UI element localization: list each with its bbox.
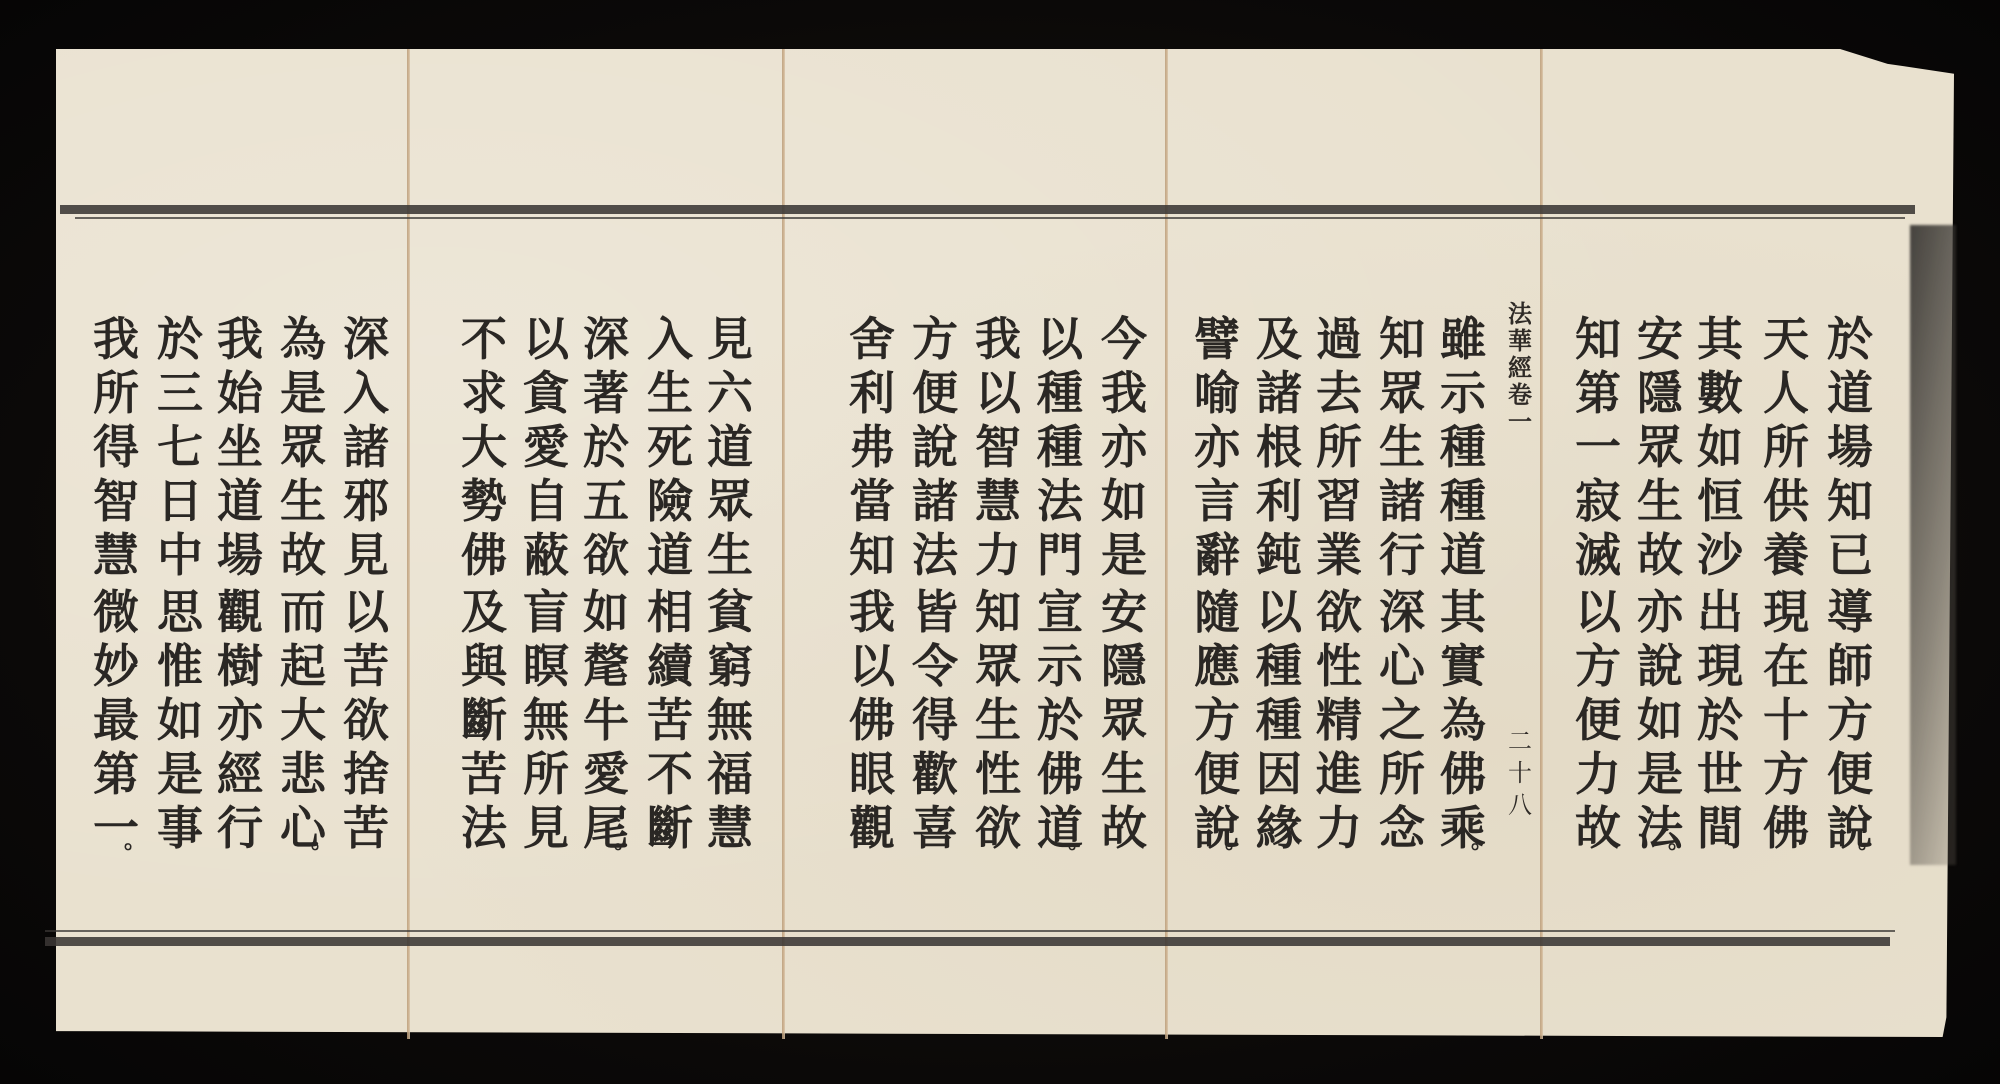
glyph: 貧 (707, 585, 753, 639)
glyph: 生 (975, 693, 1021, 747)
glyph: 佛 (1037, 747, 1083, 801)
text-column-lower: 安隱眾生故 (1094, 585, 1154, 855)
glyph: 方 (1763, 747, 1809, 801)
glyph: 第 (93, 747, 139, 801)
glyph: 眾 (707, 474, 753, 528)
text-column-lower: 我以佛眼觀 (842, 585, 902, 855)
glyph: 欲 (343, 693, 389, 747)
glyph: 第 (1575, 366, 1621, 420)
glyph: 蔽 (523, 528, 569, 582)
text-column-upper: 過去所習業 (1309, 312, 1369, 582)
glyph: 慧 (707, 801, 753, 855)
glyph: 鈍 (1256, 528, 1302, 582)
margin-title-char: 法 (1508, 300, 1532, 327)
text-column-upper: 及諸根利鈍 (1249, 312, 1309, 582)
glyph: 行 (1379, 528, 1425, 582)
glyph: 習 (1316, 474, 1362, 528)
glyph: 弗 (849, 420, 895, 474)
glyph: 邪 (343, 474, 389, 528)
glyph: 眾 (1637, 420, 1683, 474)
glyph: 種 (1256, 639, 1302, 693)
fold-crease (407, 49, 410, 1039)
glyph: 過 (1316, 312, 1362, 366)
text-column-lower: 及與斷苦法 (454, 585, 514, 855)
margin-title: 法華經卷一 (1503, 300, 1537, 435)
glyph: 以 (975, 366, 1021, 420)
glyph: 妙 (93, 639, 139, 693)
glyph: 天 (1763, 312, 1809, 366)
glyph: 智 (975, 420, 1021, 474)
glyph: 大 (280, 693, 326, 747)
glyph: 根 (1256, 420, 1302, 474)
glyph: 其 (1697, 312, 1743, 366)
glyph: 是 (1101, 528, 1147, 582)
glyph: 佛 (1440, 747, 1486, 801)
text-column-lower: 貧窮無福慧 (700, 585, 760, 855)
text-column-lower: 導師方便說。 (1820, 585, 1880, 841)
glyph: 念 (1379, 801, 1425, 855)
glyph: 中 (157, 528, 203, 582)
text-column-upper: 方便說諸法 (905, 312, 965, 582)
glyph: 慧 (93, 528, 139, 582)
text-column-upper: 深入諸邪見 (336, 312, 396, 582)
glyph: 知 (975, 585, 1021, 639)
glyph: 歡 (912, 747, 958, 801)
glyph: 示 (1440, 366, 1486, 420)
text-column-lower: 知眾生性欲 (968, 585, 1028, 855)
glyph: 業 (1316, 528, 1362, 582)
glyph: 以 (849, 639, 895, 693)
text-column-upper: 深著於五欲 (576, 312, 636, 582)
glyph: 盲 (523, 585, 569, 639)
glyph: 於 (157, 312, 203, 366)
glyph: 寂 (1575, 474, 1621, 528)
text-column-upper: 見六道眾生 (700, 312, 760, 582)
glyph: 眼 (849, 747, 895, 801)
glyph: 導 (1827, 585, 1873, 639)
glyph: 見 (707, 312, 753, 366)
glyph: 欲 (583, 528, 629, 582)
glyph: 最 (93, 693, 139, 747)
glyph: 因 (1256, 747, 1302, 801)
bottom-border-rule-thin (45, 930, 1895, 932)
glyph: 便 (912, 366, 958, 420)
glyph: 人 (1763, 366, 1809, 420)
glyph: 場 (217, 528, 263, 582)
glyph: 力 (1316, 801, 1362, 855)
glyph: 不 (647, 747, 693, 801)
glyph: 是 (1637, 747, 1683, 801)
glyph: 法 (1037, 474, 1083, 528)
text-column-upper: 於道場知已 (1820, 312, 1880, 582)
page-number-char: 八 (1508, 789, 1532, 821)
glyph: 現 (1763, 585, 1809, 639)
fold-crease (782, 49, 785, 1039)
glyph: 生 (647, 366, 693, 420)
glyph: 種 (1037, 366, 1083, 420)
glyph: 故 (1101, 801, 1147, 855)
glyph: 舍 (849, 312, 895, 366)
text-column-upper: 我以智慧力 (968, 312, 1028, 582)
glyph: 示 (1037, 639, 1083, 693)
glyph: 事 (157, 801, 203, 855)
text-column-upper: 其數如恒沙 (1690, 312, 1750, 582)
glyph: 種 (1037, 420, 1083, 474)
text-column-upper: 不求大勢佛 (454, 312, 514, 582)
glyph: 智 (93, 474, 139, 528)
glyph: 思 (157, 585, 203, 639)
glyph: 所 (1763, 420, 1809, 474)
text-column-lower: 隨應方便說。 (1187, 585, 1247, 841)
glyph: 種 (1440, 420, 1486, 474)
glyph: 見 (523, 801, 569, 855)
text-column-upper: 入生死險道 (640, 312, 700, 582)
glyph: 我 (217, 312, 263, 366)
text-column-upper: 雖示種種道 (1433, 312, 1493, 582)
glyph: 數 (1697, 366, 1743, 420)
glyph: 今 (1101, 312, 1147, 366)
glyph: 力 (1575, 747, 1621, 801)
glyph: 欲 (1316, 585, 1362, 639)
glyph: 七 (157, 420, 203, 474)
glyph: 觀 (849, 801, 895, 855)
glyph: 種 (1440, 474, 1486, 528)
text-column-lower: 以苦欲捨苦 (336, 585, 396, 855)
glyph: 勢 (461, 474, 507, 528)
glyph: 譬 (1194, 312, 1240, 366)
glyph: 以 (1256, 585, 1302, 639)
glyph: 心 (1379, 639, 1425, 693)
glyph: 出 (1697, 585, 1743, 639)
glyph: 慧 (975, 474, 1021, 528)
glyph: 佛 (1763, 801, 1809, 855)
glyph: 著 (583, 366, 629, 420)
text-column-lower: 亦說如是法。 (1630, 585, 1690, 841)
glyph: 門 (1037, 528, 1083, 582)
glyph: 利 (849, 366, 895, 420)
glyph: 為 (280, 312, 326, 366)
text-column-lower: 微妙最第一。 (86, 585, 146, 841)
glyph: 養 (1763, 528, 1809, 582)
glyph: 深 (583, 312, 629, 366)
glyph: 苦 (647, 693, 693, 747)
glyph: 供 (1763, 474, 1809, 528)
top-border-rule-thin (75, 217, 1905, 219)
glyph: 道 (707, 420, 753, 474)
margin-title-char: 華 (1508, 327, 1532, 354)
glyph: 故 (280, 528, 326, 582)
glyph: 道 (1827, 366, 1873, 420)
glyph: 亦 (1194, 420, 1240, 474)
text-column-upper: 天人所供養 (1756, 312, 1816, 582)
text-column-lower: 其實為佛乘。 (1433, 585, 1493, 841)
glyph: 方 (1194, 693, 1240, 747)
glyph: 眾 (1101, 693, 1147, 747)
glyph: 方 (1575, 639, 1621, 693)
glyph: 方 (912, 312, 958, 366)
glyph: 牛 (583, 693, 629, 747)
glyph: 隱 (1637, 366, 1683, 420)
glyph: 如 (1637, 693, 1683, 747)
text-column-lower: 深心之所念 (1372, 585, 1432, 855)
glyph: 亦 (1637, 585, 1683, 639)
glyph: 已 (1827, 528, 1873, 582)
glyph: 說 (912, 420, 958, 474)
glyph: 如 (1697, 420, 1743, 474)
glyph: 深 (343, 312, 389, 366)
glyph: 險 (647, 474, 693, 528)
glyph: 性 (975, 747, 1021, 801)
glyph: 起 (280, 639, 326, 693)
glyph: 深 (1379, 585, 1425, 639)
glyph: 愛 (523, 420, 569, 474)
text-column-lower: 如氂牛愛尾。 (576, 585, 636, 841)
text-column-upper: 知眾生諸行 (1372, 312, 1432, 582)
glyph: 力 (975, 528, 1021, 582)
glyph: 故 (1575, 801, 1621, 855)
glyph: 樹 (217, 639, 263, 693)
text-column-lower: 而起大悲心。 (273, 585, 333, 841)
glyph: 喜 (912, 801, 958, 855)
glyph: 方 (1827, 693, 1873, 747)
text-column-upper: 我始坐道場 (210, 312, 270, 582)
bottom-border-rule (45, 937, 1890, 946)
glyph: 便 (1575, 693, 1621, 747)
glyph: 始 (217, 366, 263, 420)
text-column-lower: 觀樹亦經行 (210, 585, 270, 855)
glyph: 欲 (975, 801, 1021, 855)
glyph: 於 (1827, 312, 1873, 366)
glyph: 間 (1697, 801, 1743, 855)
glyph: 所 (93, 366, 139, 420)
glyph: 以 (1037, 312, 1083, 366)
glyph: 去 (1316, 366, 1362, 420)
glyph: 坐 (217, 420, 263, 474)
glyph: 所 (1379, 747, 1425, 801)
glyph: 諸 (912, 474, 958, 528)
glyph: 眾 (280, 420, 326, 474)
glyph: 其 (1440, 585, 1486, 639)
glyph: 苦 (343, 801, 389, 855)
glyph: 亦 (1101, 420, 1147, 474)
glyph: 觀 (217, 585, 263, 639)
glyph: 於 (1697, 693, 1743, 747)
glyph: 生 (1379, 420, 1425, 474)
glyph: 以 (343, 585, 389, 639)
text-column-lower: 相續苦不斷 (640, 585, 700, 855)
glyph: 在 (1763, 639, 1809, 693)
glyph: 種 (1256, 693, 1302, 747)
glyph: 氂 (583, 639, 629, 693)
glyph: 安 (1637, 312, 1683, 366)
glyph: 捨 (343, 747, 389, 801)
glyph: 惟 (157, 639, 203, 693)
text-column-upper: 我所得智慧 (86, 312, 146, 582)
glyph: 應 (1194, 639, 1240, 693)
glyph: 無 (523, 693, 569, 747)
glyph: 得 (93, 420, 139, 474)
glyph: 安 (1101, 585, 1147, 639)
glyph: 福 (707, 747, 753, 801)
glyph: 窮 (707, 639, 753, 693)
glyph: 五 (583, 474, 629, 528)
margin-title-char: 經 (1508, 354, 1532, 381)
glyph: 得 (912, 693, 958, 747)
glyph: 知 (1827, 474, 1873, 528)
glyph: 續 (647, 639, 693, 693)
text-column-upper: 為是眾生故 (273, 312, 333, 582)
glyph: 便 (1194, 747, 1240, 801)
glyph: 我 (1101, 366, 1147, 420)
fold-crease (1165, 49, 1168, 1039)
glyph: 與 (461, 639, 507, 693)
glyph: 入 (343, 366, 389, 420)
glyph: 利 (1256, 474, 1302, 528)
glyph: 相 (647, 585, 693, 639)
glyph: 實 (1440, 639, 1486, 693)
glyph: 生 (1637, 474, 1683, 528)
glyph: 生 (707, 528, 753, 582)
text-column-upper: 於三七日中 (150, 312, 210, 582)
text-column-lower: 以種種因緣 (1249, 585, 1309, 855)
glyph: 生 (280, 474, 326, 528)
glyph: 眾 (975, 639, 1021, 693)
glyph: 為 (1440, 693, 1486, 747)
glyph: 令 (912, 639, 958, 693)
glyph: 三 (157, 366, 203, 420)
glyph: 場 (1827, 420, 1873, 474)
text-column-upper: 安隱眾生故 (1630, 312, 1690, 582)
glyph: 佛 (461, 528, 507, 582)
glyph: 而 (280, 585, 326, 639)
glyph: 現 (1697, 639, 1743, 693)
glyph: 當 (849, 474, 895, 528)
ink-smudge-edge (1910, 225, 1956, 865)
glyph: 皆 (912, 585, 958, 639)
margin-title-char: 卷 (1508, 381, 1532, 408)
glyph: 我 (849, 585, 895, 639)
glyph: 所 (1316, 420, 1362, 474)
glyph: 性 (1316, 639, 1362, 693)
glyph: 生 (1101, 747, 1147, 801)
glyph: 道 (1440, 528, 1486, 582)
top-border-rule (60, 205, 1915, 214)
glyph: 十 (1763, 693, 1809, 747)
glyph: 便 (1827, 747, 1873, 801)
glyph: 諸 (343, 420, 389, 474)
glyph: 瞑 (523, 639, 569, 693)
text-column-upper: 譬喻亦言辭 (1187, 312, 1247, 582)
glyph: 以 (1575, 585, 1621, 639)
glyph: 苦 (343, 639, 389, 693)
glyph: 隨 (1194, 585, 1240, 639)
fold-crease (1540, 49, 1543, 1039)
glyph: 法 (912, 528, 958, 582)
glyph: 宣 (1037, 585, 1083, 639)
text-column-lower: 現在十方佛 (1756, 585, 1816, 855)
glyph: 是 (157, 747, 203, 801)
glyph: 道 (647, 528, 693, 582)
glyph: 我 (93, 312, 139, 366)
glyph: 精 (1316, 693, 1362, 747)
glyph: 無 (707, 693, 753, 747)
text-column-upper: 知第一寂滅 (1568, 312, 1628, 582)
glyph: 之 (1379, 693, 1425, 747)
text-column-lower: 以方便力故 (1568, 585, 1628, 855)
glyph: 恒 (1697, 474, 1743, 528)
glyph: 佛 (849, 693, 895, 747)
glyph: 斷 (647, 801, 693, 855)
text-column-lower: 盲瞑無所見 (516, 585, 576, 855)
glyph: 所 (523, 747, 569, 801)
glyph: 苦 (461, 747, 507, 801)
glyph: 諸 (1256, 366, 1302, 420)
glyph: 不 (461, 312, 507, 366)
text-column-upper: 以貪愛自蔽 (516, 312, 576, 582)
glyph: 大 (461, 420, 507, 474)
glyph: 六 (707, 366, 753, 420)
glyph: 知 (1575, 312, 1621, 366)
page-number: 二十八 (1503, 725, 1537, 821)
margin-title-char: 一 (1508, 408, 1532, 435)
text-column-upper: 今我亦如是 (1094, 312, 1154, 582)
glyph: 死 (647, 420, 693, 474)
glyph: 於 (1037, 693, 1083, 747)
glyph: 喻 (1194, 366, 1240, 420)
glyph: 求 (461, 366, 507, 420)
glyph: 諸 (1379, 474, 1425, 528)
glyph: 及 (1256, 312, 1302, 366)
glyph: 師 (1827, 639, 1873, 693)
glyph: 行 (217, 801, 263, 855)
text-column-lower: 欲性精進力 (1309, 585, 1369, 855)
text-column-lower: 思惟如是事 (150, 585, 210, 855)
glyph: 滅 (1575, 528, 1621, 582)
glyph: 悲 (280, 747, 326, 801)
glyph: 如 (157, 693, 203, 747)
glyph: 進 (1316, 747, 1362, 801)
glyph: 於 (583, 420, 629, 474)
glyph: 沙 (1697, 528, 1743, 582)
glyph: 如 (1101, 474, 1147, 528)
glyph: 愛 (583, 747, 629, 801)
glyph: 道 (217, 474, 263, 528)
glyph: 自 (523, 474, 569, 528)
glyph: 入 (647, 312, 693, 366)
glyph: 見 (343, 528, 389, 582)
glyph: 故 (1637, 528, 1683, 582)
glyph: 說 (1637, 639, 1683, 693)
glyph: 以 (523, 312, 569, 366)
glyph: 言 (1194, 474, 1240, 528)
glyph: 經 (217, 747, 263, 801)
glyph: 緣 (1256, 801, 1302, 855)
text-column-lower: 宣示於佛道。 (1030, 585, 1090, 841)
glyph: 如 (583, 585, 629, 639)
text-column-lower: 皆令得歡喜 (905, 585, 965, 855)
glyph: 眾 (1379, 366, 1425, 420)
glyph: 隱 (1101, 639, 1147, 693)
text-column-lower: 出現於世間 (1690, 585, 1750, 855)
page-number-char: 二 (1508, 725, 1532, 757)
glyph: 知 (1379, 312, 1425, 366)
text-column-upper: 舍利弗當知 (842, 312, 902, 582)
glyph: 微 (93, 585, 139, 639)
glyph: 是 (280, 366, 326, 420)
glyph: 亦 (217, 693, 263, 747)
glyph: 知 (849, 528, 895, 582)
glyph: 一 (1575, 420, 1621, 474)
